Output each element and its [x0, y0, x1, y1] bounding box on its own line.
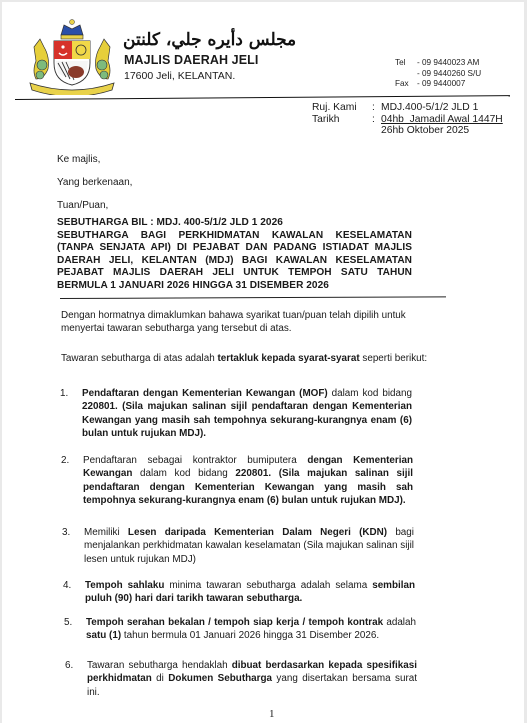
subject-title: SEBUTHARGA BAGI PERKHIDMATAN KAWALAN KES…: [57, 230, 412, 291]
condition-text: dalam kod bidang: [328, 388, 412, 399]
subject-bil: SEBUTHARGA BIL : MDJ. 400-5/1/2 JLD 1 20…: [57, 217, 412, 230]
subject-divider: [60, 296, 446, 299]
condition-text-bold: Pendaftaran dengan Kementerian Kewangan …: [82, 388, 328, 399]
recipient: Ke majlis,: [57, 153, 100, 166]
condition-text-bold: satu (1): [86, 630, 121, 641]
ref-colon: :: [372, 102, 381, 114]
crest-icon: [26, 17, 118, 95]
condition-text: di: [152, 673, 169, 684]
contact-label: Tel: [395, 58, 417, 69]
condition-number: 3.: [62, 526, 70, 539]
page-number: 1: [269, 708, 275, 720]
contact-label: [395, 69, 417, 80]
contact-tel-su: - 09 9440260 S/U: [395, 69, 481, 80]
ref-row: Ruj. Kami : MDJ.400-5/1/2 JLD 1: [312, 102, 503, 114]
condition-text-bold: Tempoh serahan bekalan / tempoh siap ker…: [86, 617, 383, 628]
org-address: 17600 Jeli, KELANTAN.: [124, 70, 235, 82]
condition-text: minima tawaran sebutharga adalah selama: [164, 580, 372, 591]
letterhead-divider: [15, 95, 510, 100]
date-row-masihi: 26hb Oktober 2025: [312, 125, 503, 137]
conditions-intro: Tawaran sebutharga di atas adalah tertak…: [61, 352, 441, 365]
condition-item: 1.Pendaftaran dengan Kementerian Kewanga…: [82, 387, 412, 440]
condition-item: 5.Tempoh serahan bekalan / tempoh siap k…: [86, 616, 416, 643]
condition-number: 1.: [60, 387, 68, 400]
contact-label: Fax: [395, 79, 417, 90]
letter-page: مجلس دأيره جلي، کلنتن MAJLIS DAERAH JELI…: [2, 2, 524, 723]
condition-text-bold: Lesen daripada Kementerian Dalam Negeri …: [128, 527, 387, 538]
date-label: Tarikh: [312, 114, 372, 126]
contact-tel-am: Tel - 09 9440023 AM: [395, 58, 481, 69]
greeting-tuan-puan: Tuan/Puan,: [57, 199, 108, 212]
date-row: Tarikh : 04hb Jamadil Awal 1447H: [312, 114, 503, 126]
condition-item: 3.Memiliki Lesen daripada Kementerian Da…: [84, 526, 414, 566]
condition-text: tahun bermula 01 Januari 2026 hingga 31 …: [121, 630, 379, 641]
condition-number: 2.: [61, 454, 69, 467]
condition-number: 5.: [64, 616, 72, 629]
subject-block: SEBUTHARGA BIL : MDJ. 400-5/1/2 JLD 1 20…: [57, 217, 412, 293]
date-masihi: 26hb Oktober 2025: [381, 125, 469, 137]
contact-value: - 09 9440260 S/U: [417, 69, 481, 80]
intro-paragraph: Dengan hormatnya dimaklumkan bahawa syar…: [61, 309, 411, 335]
contact-value: - 09 9440007: [417, 79, 465, 90]
contact-block: Tel - 09 9440023 AM - 09 9440260 S/U Fax…: [395, 58, 481, 90]
ref-label: Ruj. Kami: [312, 102, 372, 114]
reference-block: Ruj. Kami : MDJ.400-5/1/2 JLD 1 Tarikh :…: [312, 102, 503, 137]
condition-text-bold: Dokumen Sebutharga: [168, 673, 272, 684]
condition-text-bold: 220801. (Sila majukan salinan sijil pend…: [82, 401, 412, 439]
date-hijri: 04hb Jamadil Awal 1447H: [381, 114, 503, 126]
condition-text: Tawaran sebutharga hendaklah: [87, 660, 232, 671]
conditions-intro-tail: seperti berikut:: [360, 353, 428, 364]
condition-text: Memiliki: [84, 527, 128, 538]
ref-value: MDJ.400-5/1/2 JLD 1: [381, 102, 478, 114]
conditions-intro-bold: tertakluk kepada syarat-syarat: [217, 353, 359, 364]
contact-value: - 09 9440023 AM: [417, 58, 479, 69]
condition-item: 2.Pendaftaran sebagai kontraktor bumiput…: [83, 454, 413, 507]
condition-text: Pendaftaran sebagai kontraktor bumiputer…: [83, 455, 307, 466]
org-name-jawi: مجلس دأيره جلي، کلنتن: [123, 30, 296, 50]
condition-text: dalam kod bidang: [132, 468, 235, 479]
contact-fax: Fax - 09 9440007: [395, 79, 481, 90]
greeting-yang-berkenaan: Yang berkenaan,: [57, 176, 132, 189]
condition-text: adalah: [383, 617, 416, 628]
condition-item: 6.Tawaran sebutharga hendaklah dibuat be…: [87, 659, 417, 699]
condition-item: 4.Tempoh sahlaku minima tawaran sebuthar…: [85, 579, 415, 606]
conditions-intro-text: Tawaran sebutharga di atas adalah: [61, 353, 217, 364]
condition-number: 4.: [63, 579, 71, 592]
condition-text-bold: Tempoh sahlaku: [85, 580, 164, 591]
org-name: MAJLIS DAERAH JELI: [124, 53, 258, 67]
condition-number: 6.: [65, 659, 73, 672]
date-colon: :: [372, 114, 381, 126]
